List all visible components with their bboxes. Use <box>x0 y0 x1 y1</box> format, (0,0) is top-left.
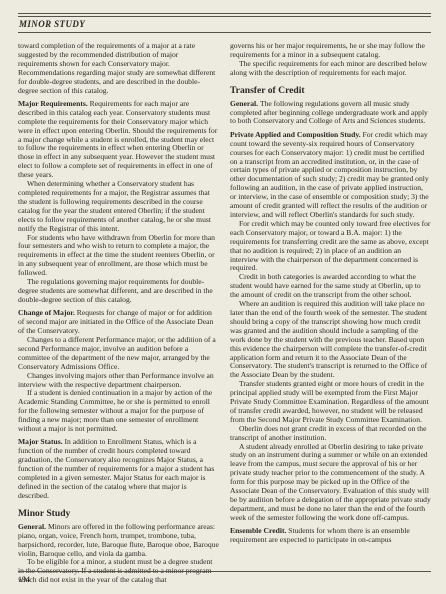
paragraph-lead: General. <box>230 99 260 108</box>
paragraph: The regulations governing major requirem… <box>18 278 219 305</box>
paragraph: General. The following regulations gover… <box>230 100 431 127</box>
catalog-page: MINOR STUDY toward completion of the req… <box>0 0 446 594</box>
paragraph-lead: General. <box>18 522 48 531</box>
paragraph: When determining whether a Conservatory … <box>18 180 219 233</box>
page-footer: 194 <box>18 571 431 584</box>
paragraph: A student already enrolled at Oberlin de… <box>230 443 431 523</box>
paragraph: Major Requirements. Requirements for eac… <box>18 100 219 180</box>
left-column: toward completion of the requirements of… <box>18 42 219 585</box>
paragraph-lead: Private Applied and Composition Study. <box>230 130 363 139</box>
paragraph: Transfer students granted eight or more … <box>230 380 431 425</box>
paragraph: If a student is denied continuation in a… <box>18 389 219 434</box>
paragraph-lead: Ensemble Credit. <box>230 526 288 535</box>
paragraph: Credit in both categories is awarded acc… <box>230 273 431 300</box>
paragraph: Major Status. In addition to Enrollment … <box>18 438 219 500</box>
running-head: MINOR STUDY <box>18 17 431 32</box>
right-column: governs his or her major requirements, h… <box>230 42 431 585</box>
paragraph: toward completion of the requirements of… <box>18 42 219 95</box>
footer-rule <box>18 571 431 572</box>
paragraph: Change of Major. Requests for change of … <box>18 309 219 336</box>
paragraph: For students who have withdrawn from Obe… <box>18 234 219 279</box>
paragraph: Private Applied and Composition Study. F… <box>230 131 431 220</box>
paragraph: Oberlin does not grant credit in excess … <box>230 425 431 443</box>
paragraph: Where an audition is required this audit… <box>230 300 431 380</box>
paragraph: General. Minors are offered in the follo… <box>18 523 219 559</box>
paragraph: Ensemble Credit. Students for whom there… <box>230 527 431 545</box>
paragraph: The specific requirements for each minor… <box>230 60 431 78</box>
paragraph: governs his or her major requirements, h… <box>230 42 431 60</box>
paragraph-lead: Change of Major. <box>18 308 77 317</box>
paragraph: Changes involving majors other than Perf… <box>18 372 219 390</box>
paragraph: For credit which may be counted only tow… <box>230 220 431 273</box>
section-heading: Minor Study <box>18 508 219 519</box>
paragraph: Changes to a different Performance major… <box>18 336 219 372</box>
header-rule-bottom <box>18 32 431 33</box>
section-heading: Transfer of Credit <box>230 85 431 96</box>
two-column-body: toward completion of the requirements of… <box>18 42 431 585</box>
paragraph-lead: Major Requirements. <box>18 99 90 108</box>
page-number: 194 <box>18 575 431 584</box>
paragraph-lead: Major Status. <box>18 437 64 446</box>
header-rule-top <box>18 13 431 14</box>
